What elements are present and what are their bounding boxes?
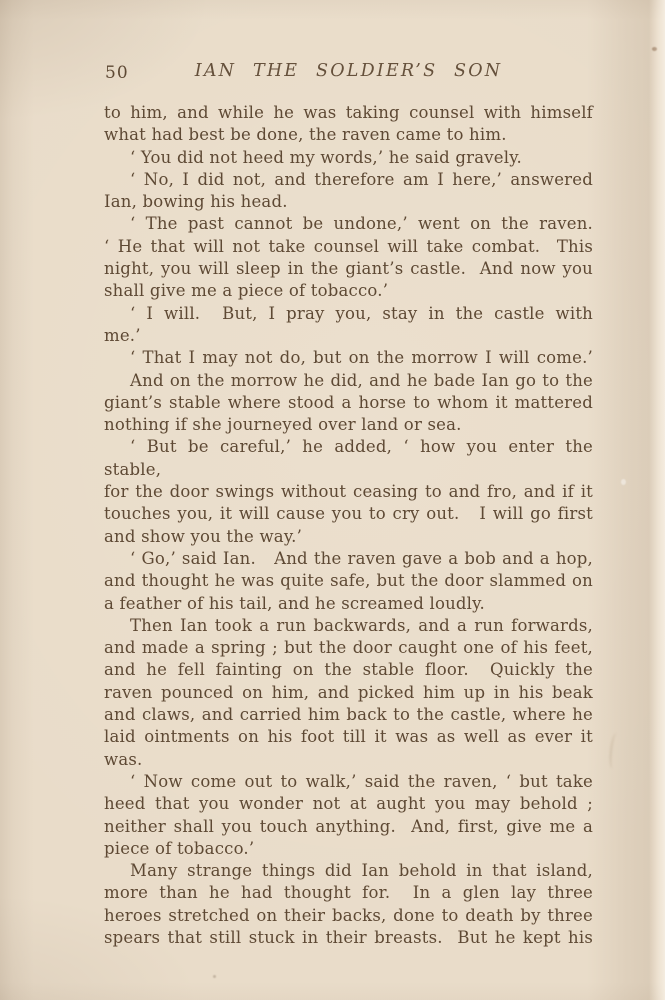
- text-line: nothing if she journeyed over land or se…: [104, 414, 593, 436]
- text-line: raven pounced on him, and picked him up …: [104, 682, 593, 704]
- page-paragraph: ‘ I will. But, I pray you, stay in the c…: [104, 303, 593, 348]
- paper-speck: [213, 975, 216, 978]
- text-line: shall give me a piece of tobacco.’: [104, 280, 593, 302]
- text-line: touches you, it will cause you to cry ou…: [104, 503, 593, 525]
- text-line: ‘ The past cannot be undone,’ went on th…: [104, 213, 593, 235]
- text-line: and claws, and carried him back to the c…: [104, 704, 593, 726]
- page-paragraph: ‘ You did not heed my words,’ he said gr…: [104, 147, 593, 169]
- page-paragraph: Many strange things did Ian behold in th…: [104, 860, 593, 949]
- text-line: ‘ Go,’ said Ian. And the raven gave a bo…: [104, 548, 593, 570]
- page-paragraph: to him, and while he was taking counsel …: [104, 102, 593, 147]
- paper-crease: [608, 733, 621, 770]
- page-paragraph: ‘ That I may not do, but on the morrow I…: [104, 347, 593, 369]
- page-paragraph: And on the morrow he did, and he bade Ia…: [104, 370, 593, 437]
- page-paragraph: Then Ian took a run backwards, and a run…: [104, 615, 593, 771]
- running-title: IAN THE SOLDIER’S SON: [195, 61, 503, 81]
- page-paragraph: ‘ But be careful,’ he added, ‘ how you e…: [104, 436, 593, 547]
- page-paragraph: ‘ No, I did not, and therefore am I here…: [104, 169, 593, 214]
- page-paragraph: ‘ The past cannot be undone,’ went on th…: [104, 213, 593, 302]
- page-number: 50: [105, 63, 129, 83]
- page-header: 50 IAN THE SOLDIER’S SON: [104, 61, 593, 87]
- text-line: Then Ian took a run backwards, and a run…: [104, 615, 593, 637]
- text-line: ‘ I will. But, I pray you, stay in the c…: [104, 303, 593, 325]
- page-paragraph: ‘ Go,’ said Ian. And the raven gave a bo…: [104, 548, 593, 615]
- text-line: spears that still stuck in their breasts…: [104, 927, 593, 949]
- text-line: neither shall you touch anything. And, f…: [104, 816, 593, 838]
- text-line: was.: [104, 749, 593, 771]
- text-line: laid ointments on his foot till it was a…: [104, 726, 593, 748]
- text-block: to him, and while he was taking counsel …: [104, 102, 593, 949]
- page-paragraph: ‘ Now come out to walk,’ said the raven,…: [104, 771, 593, 860]
- text-line: ‘ But be careful,’ he added, ‘ how you e…: [104, 436, 593, 481]
- text-line: to him, and while he was taking counsel …: [104, 102, 593, 124]
- text-line: and show you the way.’: [104, 526, 593, 548]
- book-page: 50 IAN THE SOLDIER’S SON to him, and whi…: [0, 0, 665, 1000]
- text-line: Many strange things did Ian behold in th…: [104, 860, 593, 882]
- text-line: heroes stretched on their backs, done to…: [104, 905, 593, 927]
- paper-speck: [621, 479, 626, 485]
- paper-speck: [652, 47, 657, 51]
- text-line: giant’s stable where stood a horse to wh…: [104, 392, 593, 414]
- text-line: And on the morrow he did, and he bade Ia…: [104, 370, 593, 392]
- text-line: ‘ He that will not take counsel will tak…: [104, 236, 593, 258]
- text-line: and made a spring ; but the door caught …: [104, 637, 593, 659]
- text-line: heed that you wonder not at aught you ma…: [104, 793, 593, 815]
- text-line: what had best be done, the raven came to…: [104, 124, 593, 146]
- text-line: for the door swings without ceasing to a…: [104, 481, 593, 503]
- text-line: me.’: [104, 325, 593, 347]
- text-line: Ian, bowing his head.: [104, 191, 593, 213]
- text-line: more than he had thought for. In a glen …: [104, 882, 593, 904]
- text-line: ‘ You did not heed my words,’ he said gr…: [104, 147, 593, 169]
- text-line: and thought he was quite safe, but the d…: [104, 570, 593, 592]
- text-line: piece of tobacco.’: [104, 838, 593, 860]
- text-line: ‘ That I may not do, but on the morrow I…: [104, 347, 593, 369]
- text-line: ‘ No, I did not, and therefore am I here…: [104, 169, 593, 191]
- text-line: and he fell fainting on the stable floor…: [104, 659, 593, 681]
- text-line: a feather of his tail, and he screamed l…: [104, 593, 593, 615]
- text-line: ‘ Now come out to walk,’ said the raven,…: [104, 771, 593, 793]
- text-line: night, you will sleep in the giant’s cas…: [104, 258, 593, 280]
